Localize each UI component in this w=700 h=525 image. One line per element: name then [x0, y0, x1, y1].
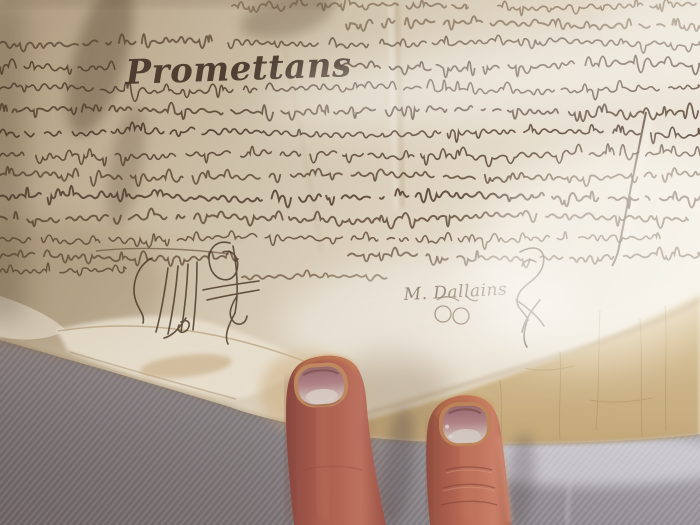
fingernail-left [293, 361, 350, 409]
photo-canvas: Promettans M. Dallains [0, 0, 700, 525]
vignette-left-edge [0, 0, 24, 320]
fingernail-right [438, 401, 492, 447]
vignette-top-edge [0, 0, 340, 4]
finger-left-edge-shade [287, 380, 293, 520]
finger-right-edge-shade [427, 420, 431, 515]
photo-medieval-parchment: Promettans M. Dallains [0, 0, 700, 525]
